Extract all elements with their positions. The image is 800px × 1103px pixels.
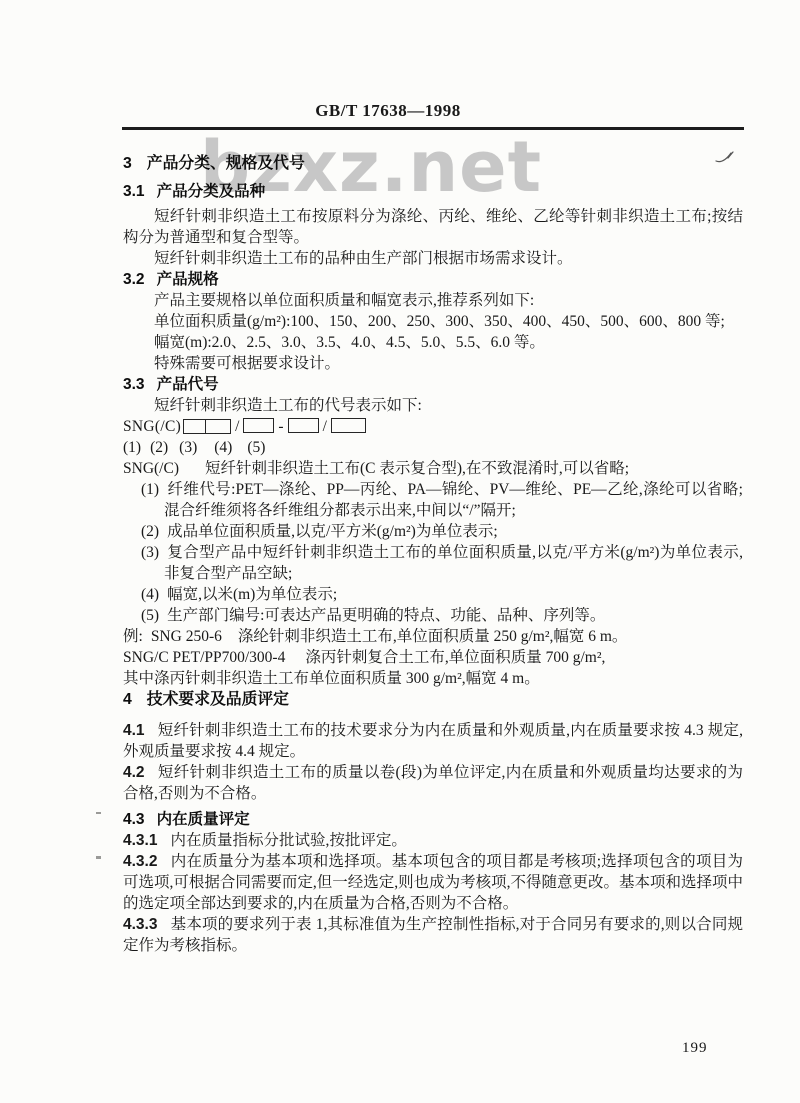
code-box-width [288, 418, 319, 433]
stray-pen-mark [714, 149, 738, 165]
example-line-1: 例:SNG 250-6涤纶针刺非织造土工布,单位面积质量 250 g/m²,幅宽… [123, 626, 743, 647]
code-box-serial [331, 418, 366, 433]
section-4-title: 技术要求及品质评定 [147, 691, 289, 708]
clause-4-3-3: 4.3.3基本项的要求列于表 1,其标准值为生产控制性指标,对于合同另有要求的,… [123, 914, 743, 956]
code-item-5: (5)生产部门编号:可表达产品更明确的特点、功能、品种、序列等。 [123, 605, 743, 626]
clause-4-3-heading: 4.3内在质量评定 [123, 809, 743, 830]
item-3-text: 复合型产品中短纤针刺非织造土工布的单位面积质量,以克/平方米(g/m²)为单位表… [164, 544, 743, 582]
example-line-3: 其中涤丙针刺非织造土工布单位面积质量 300 g/m²,幅宽 4 m。 [123, 668, 743, 689]
item-5-text: 生产部门编号:可表达产品更明确的特点、功能、品种、序列等。 [167, 607, 605, 624]
code-item-1: (1)纤维代号:PET—涤纶、PP—丙纶、PA—锦纶、PV—维纶、PE—乙纶,涤… [123, 479, 743, 521]
code-separator-slash: / [235, 418, 239, 435]
code-label-3: (3) [179, 437, 197, 458]
code-box-cell [206, 420, 230, 433]
page-number: 199 [682, 1040, 708, 1057]
clause-4-3-2-number: 4.3.2 [123, 853, 157, 870]
code-item-2: (2)成品单位面积质量,以克/平方米(g/m²)为单位表示; [123, 521, 743, 542]
clause-4-3-2-text: 内在质量分为基本项和选择项。基本项包含的项目都是考核项;选择项包含的项目为可选项… [123, 853, 743, 912]
section-3-heading: 3产品分类、规格及代号 [123, 153, 743, 174]
section-4-heading: 4技术要求及品质评定 [123, 689, 743, 710]
code-box-cell [184, 420, 206, 433]
code-separator-dash: - [278, 418, 283, 435]
code-label-1: (1) [123, 437, 141, 458]
clause-3-2-number: 3.2 [123, 271, 145, 288]
clause-3-3-number: 3.3 [123, 376, 145, 393]
example-1-code: SNG 250-6 [151, 628, 222, 645]
clause-4-2: 4.2短纤针刺非织造土工布的质量以卷(段)为单位评定,内在质量和外观质量均达要求… [123, 762, 743, 804]
clause-3-3-heading: 3.3产品代号 [123, 374, 743, 395]
clause-3-2-width-series: 幅宽(m):2.0、2.5、3.0、3.5、4.0、4.5、5.0、5.5、6.… [123, 332, 743, 353]
product-code-diagram: SNG(/C)/-/ [123, 416, 743, 437]
code-item-3: (3)复合型产品中短纤针刺非织造土工布的单位面积质量,以克/平方米(g/m²)为… [123, 542, 743, 584]
example-1-text: 涤纶针刺非织造土工布,单位面积质量 250 g/m²,幅宽 6 m。 [238, 628, 628, 645]
scan-speck [96, 856, 101, 859]
clause-4-3-1-text: 内在质量指标分批试验,按批评定。 [170, 832, 406, 849]
clause-3-3-title: 产品代号 [157, 376, 219, 393]
section-3-number: 3 [123, 155, 132, 172]
scanned-standard-page: { "page": { "header": "GB/T 17638—1998",… [0, 0, 800, 1103]
clause-3-2-title: 产品规格 [157, 271, 219, 288]
code-legend: SNG(/C)短纤针刺非织造土工布(C 表示复合型),在不致混淆时,可以省略; [123, 458, 743, 479]
clause-4-3-2: 4.3.2内在质量分为基本项和选择项。基本项包含的项目都是考核项;选择项包含的项… [123, 851, 743, 914]
document-body: 3产品分类、规格及代号 3.1产品分类及品种 短纤针刺非织造土工布按原料分为涤纶… [123, 153, 743, 956]
code-label-4: (4) [214, 437, 232, 458]
item-4-text: 幅宽,以米(m)为单位表示; [167, 586, 337, 603]
clause-4-3-3-text: 基本项的要求列于表 1,其标准值为生产控制性指标,对于合同另有要求的,则以合同规… [123, 916, 743, 954]
code-label-2: (2) [150, 437, 168, 458]
standard-number-header: GB/T 17638—1998 [315, 101, 461, 121]
item-2-marker: (2) [141, 523, 159, 540]
clause-4-3-number: 4.3 [123, 811, 145, 828]
clause-4-1: 4.1短纤针刺非织造土工布的技术要求分为内在质量和外观质量,内在质量要求按 4.… [123, 720, 743, 762]
item-2-text: 成品单位面积质量,以克/平方米(g/m²)为单位表示; [167, 523, 498, 540]
clause-3-1-title: 产品分类及品种 [157, 183, 266, 200]
clause-4-3-3-number: 4.3.3 [123, 916, 157, 933]
example-label: 例: [123, 628, 143, 645]
clause-4-3-title: 内在质量评定 [157, 811, 250, 828]
code-item-4: (4)幅宽,以米(m)为单位表示; [123, 584, 743, 605]
item-1-text: 纤维代号:PET—涤纶、PP—丙纶、PA—锦纶、PV—维纶、PE—乙纶,涤纶可以… [164, 481, 743, 519]
code-position-labels: (1)(2)(3)(4)(5) [123, 437, 743, 458]
legend-text: 短纤针刺非织造土工布(C 表示复合型),在不致混淆时,可以省略; [205, 460, 629, 477]
item-5-marker: (5) [141, 607, 159, 624]
code-prefix: SNG(/C) [123, 418, 181, 435]
clause-3-1-number: 3.1 [123, 183, 145, 200]
example-line-2: SNG/C PET/PP700/300-4涤丙针刺复合土工布,单位面积质量 70… [123, 647, 743, 668]
item-4-marker: (4) [141, 586, 159, 603]
clause-3-1-heading: 3.1产品分类及品种 [123, 181, 743, 202]
clause-4-2-text: 短纤针刺非织造土工布的质量以卷(段)为单位评定,内在质量和外观质量均达要求的为合… [123, 764, 743, 802]
clause-4-1-number: 4.1 [123, 722, 145, 739]
legend-code: SNG(/C) [123, 460, 179, 477]
code-label-5: (5) [247, 437, 265, 458]
code-box-fiber-mass [183, 419, 231, 434]
code-separator-slash: / [323, 418, 327, 435]
scan-speck [96, 812, 101, 814]
clause-4-3-1: 4.3.1内在质量指标分批试验,按批评定。 [123, 830, 743, 851]
section-3-title: 产品分类、规格及代号 [147, 155, 305, 172]
item-3-marker: (3) [141, 544, 159, 561]
clause-4-1-text: 短纤针刺非织造土工布的技术要求分为内在质量和外观质量,内在质量要求按 4.3 规… [123, 722, 743, 760]
clause-3-2-heading: 3.2产品规格 [123, 269, 743, 290]
item-1-marker: (1) [141, 481, 159, 498]
header-rule [122, 127, 744, 130]
code-box-composite-mass [243, 418, 274, 433]
clause-3-1-paragraph-1: 短纤针刺非织造土工布按原料分为涤纶、丙纶、维纶、乙纶等针刺非织造土工布;按结构分… [123, 206, 743, 248]
clause-3-1-paragraph-2: 短纤针刺非织造土工布的品种由生产部门根据市场需求设计。 [123, 248, 743, 269]
clause-4-3-1-number: 4.3.1 [123, 832, 157, 849]
clause-3-2-paragraph-4: 特殊需要可根据要求设计。 [123, 353, 743, 374]
section-4-number: 4 [123, 691, 132, 708]
clause-3-2-paragraph-1: 产品主要规格以单位面积质量和幅宽表示,推荐系列如下: [123, 290, 743, 311]
example-2-code: SNG/C PET/PP700/300-4 [123, 649, 285, 666]
clause-4-2-number: 4.2 [123, 764, 145, 781]
example-2-text: 涤丙针刺复合土工布,单位面积质量 700 g/m², [305, 649, 605, 666]
clause-3-3-intro: 短纤针刺非织造土工布的代号表示如下: [123, 395, 743, 416]
clause-3-2-mass-series: 单位面积质量(g/m²):100、150、200、250、300、350、400… [123, 311, 743, 332]
